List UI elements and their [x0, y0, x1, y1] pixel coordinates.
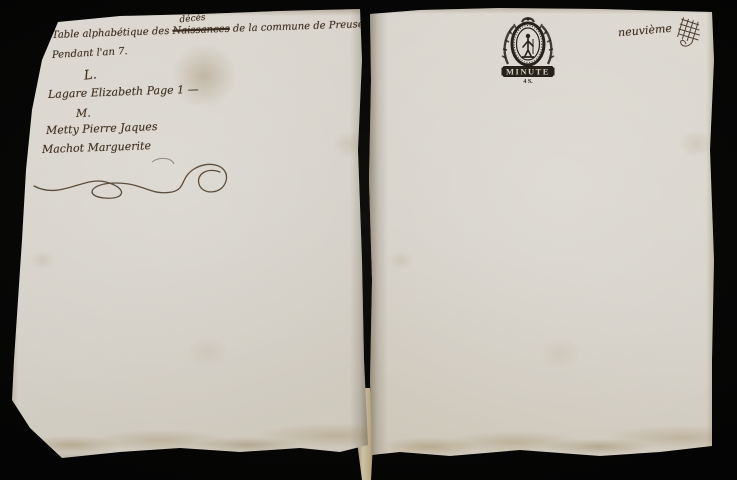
- gutter-shadow: [366, 4, 388, 470]
- crosshatch-paraph: [672, 15, 705, 52]
- stamp-banner-text: MINUTE: [506, 67, 550, 77]
- entry-metty: Metty Pierre Jaques: [46, 120, 158, 137]
- calligraphic-flourish: [32, 148, 238, 206]
- section-letter-l: L.: [83, 67, 97, 83]
- photo-backdrop: Table alphabétique des Naissances de la …: [0, 0, 737, 480]
- title-line: Table alphabétique des Naissances de la …: [52, 18, 408, 41]
- right-page: MINUTE 4 S. neuvième: [366, 4, 718, 470]
- flourish-drawing: [32, 148, 238, 206]
- right-page-paper: MINUTE 4 S. neuvième: [366, 4, 718, 470]
- entry-letter-m: M.: [76, 106, 91, 120]
- minute-revenue-stamp: MINUTE 4 S.: [498, 14, 558, 84]
- paraph-drawing: [672, 15, 705, 52]
- stamp-bleedthrough-stain: [172, 44, 236, 108]
- subtitle-line: Pendant l'an 7.: [52, 46, 128, 61]
- corner-note: neuvième: [618, 22, 673, 40]
- stamp-drawing: MINUTE 4 S.: [498, 14, 558, 84]
- left-page-paper: Table alphabétique des Naissances de la …: [6, 6, 372, 468]
- stamp-denomination-text: 4 S.: [523, 79, 533, 84]
- title-inserted-word: décès: [179, 13, 206, 26]
- title-struck-word: Naissances: [172, 24, 230, 37]
- left-page: Table alphabétique des Naissances de la …: [6, 6, 372, 468]
- title-prefix: Table alphabétique des: [52, 26, 170, 41]
